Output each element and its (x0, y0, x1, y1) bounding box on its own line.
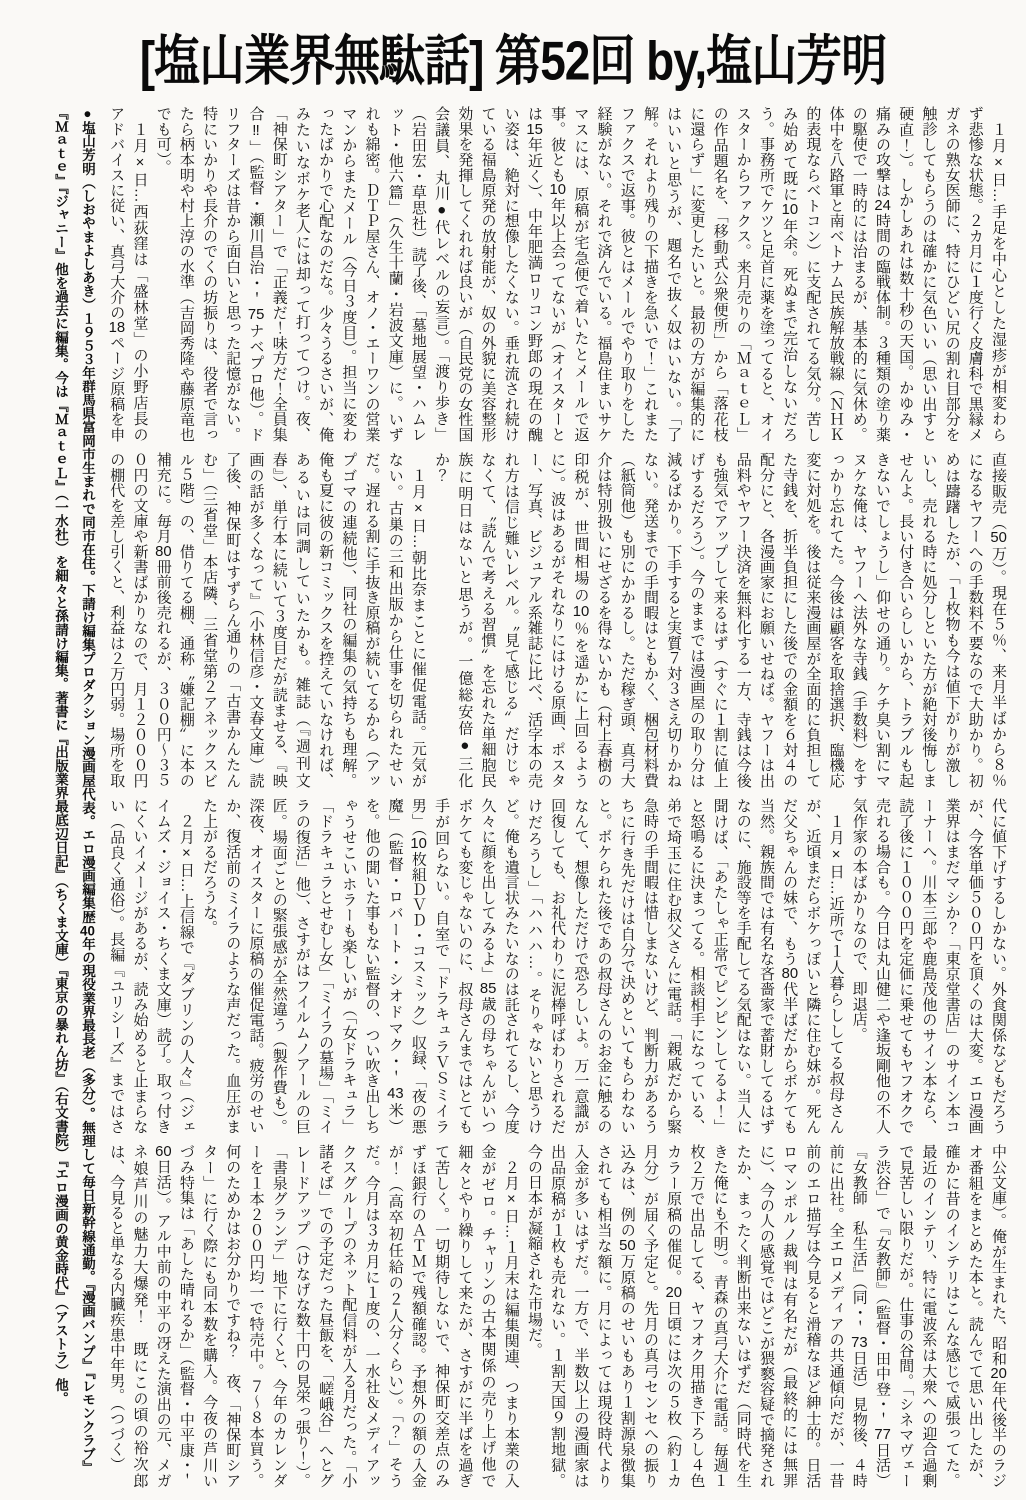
text-band-3: 代に値下げするしかない。外食関係などもだろうが、今客単価５００円を頂くのは大変。… (109, 798, 1010, 1134)
page-title: [塩山業界無駄話] 第52回 by,塩山芳明 (0, 18, 1026, 96)
text-band-4: 中公文庫）。俺が生まれた、昭和20年代後半のラジオ番組をまとめた本と。読んでて思… (109, 1144, 1010, 1488)
text-band-1: １月×日…手足を中心とした湿疹が相変わらず悲惨な状態。２カ月に１度行く皮膚科で黒… (109, 106, 1010, 442)
diary-body: １月×日…手足を中心とした湿疹が相変わらず悲惨な状態。２カ月に１度行く皮膚科で黒… (109, 106, 1010, 1490)
scanned-magazine-page: [塩山業界無駄話] 第52回 by,塩山芳明 １月×日…手足を中心とした湿疹が相… (0, 0, 1026, 1500)
page-content: １月×日…手足を中心とした湿疹が相変わらず悲惨な状態。２カ月に１度行く皮膚科で黒… (45, 104, 1010, 1490)
author-bio: ●塩山芳明（しおやまよしあき）１９５３年群馬県富岡市生まれで同市在住。下請け編集… (45, 106, 101, 1488)
text-band-2: 直接販売（50万）。現在５％、来月半ばから８％になるヤフーへの手数料不要なので大… (109, 452, 1010, 788)
